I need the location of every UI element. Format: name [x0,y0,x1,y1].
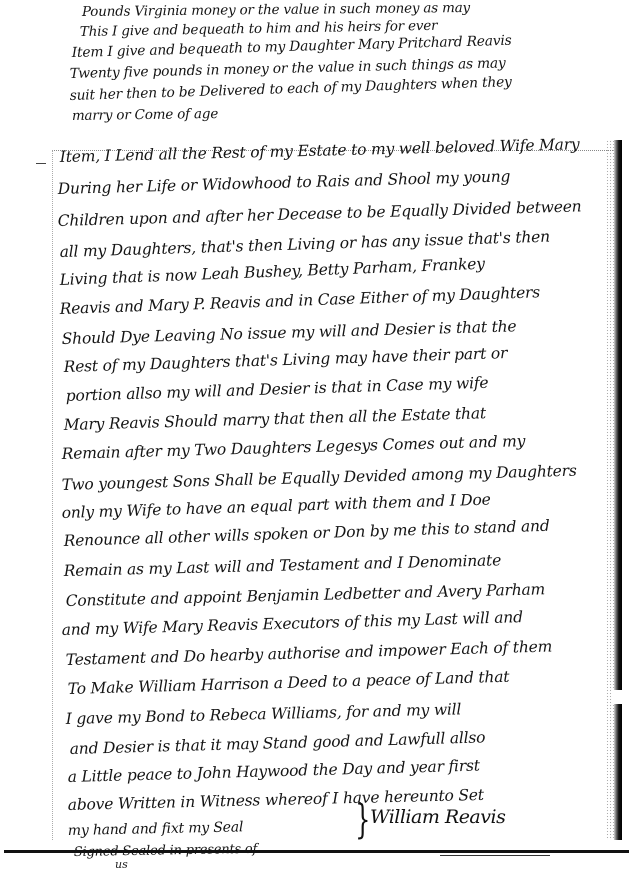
signature: William Reavis [370,806,505,828]
scan-bottom-line [440,855,550,856]
witness-mark: us [115,858,128,871]
scan-edge-gap [612,690,624,704]
text-line: marry or Come of age [72,106,218,124]
seal-brace: } [355,800,370,840]
scan-edge-speckle [606,140,614,840]
text-line: Pounds Virginia money or the value in su… [82,0,470,20]
document-page: Pounds Virginia money or the value in su… [0,0,632,877]
scan-right-edge [614,140,622,840]
scan-bottom-edge [4,850,629,853]
margin-mark [36,163,46,164]
